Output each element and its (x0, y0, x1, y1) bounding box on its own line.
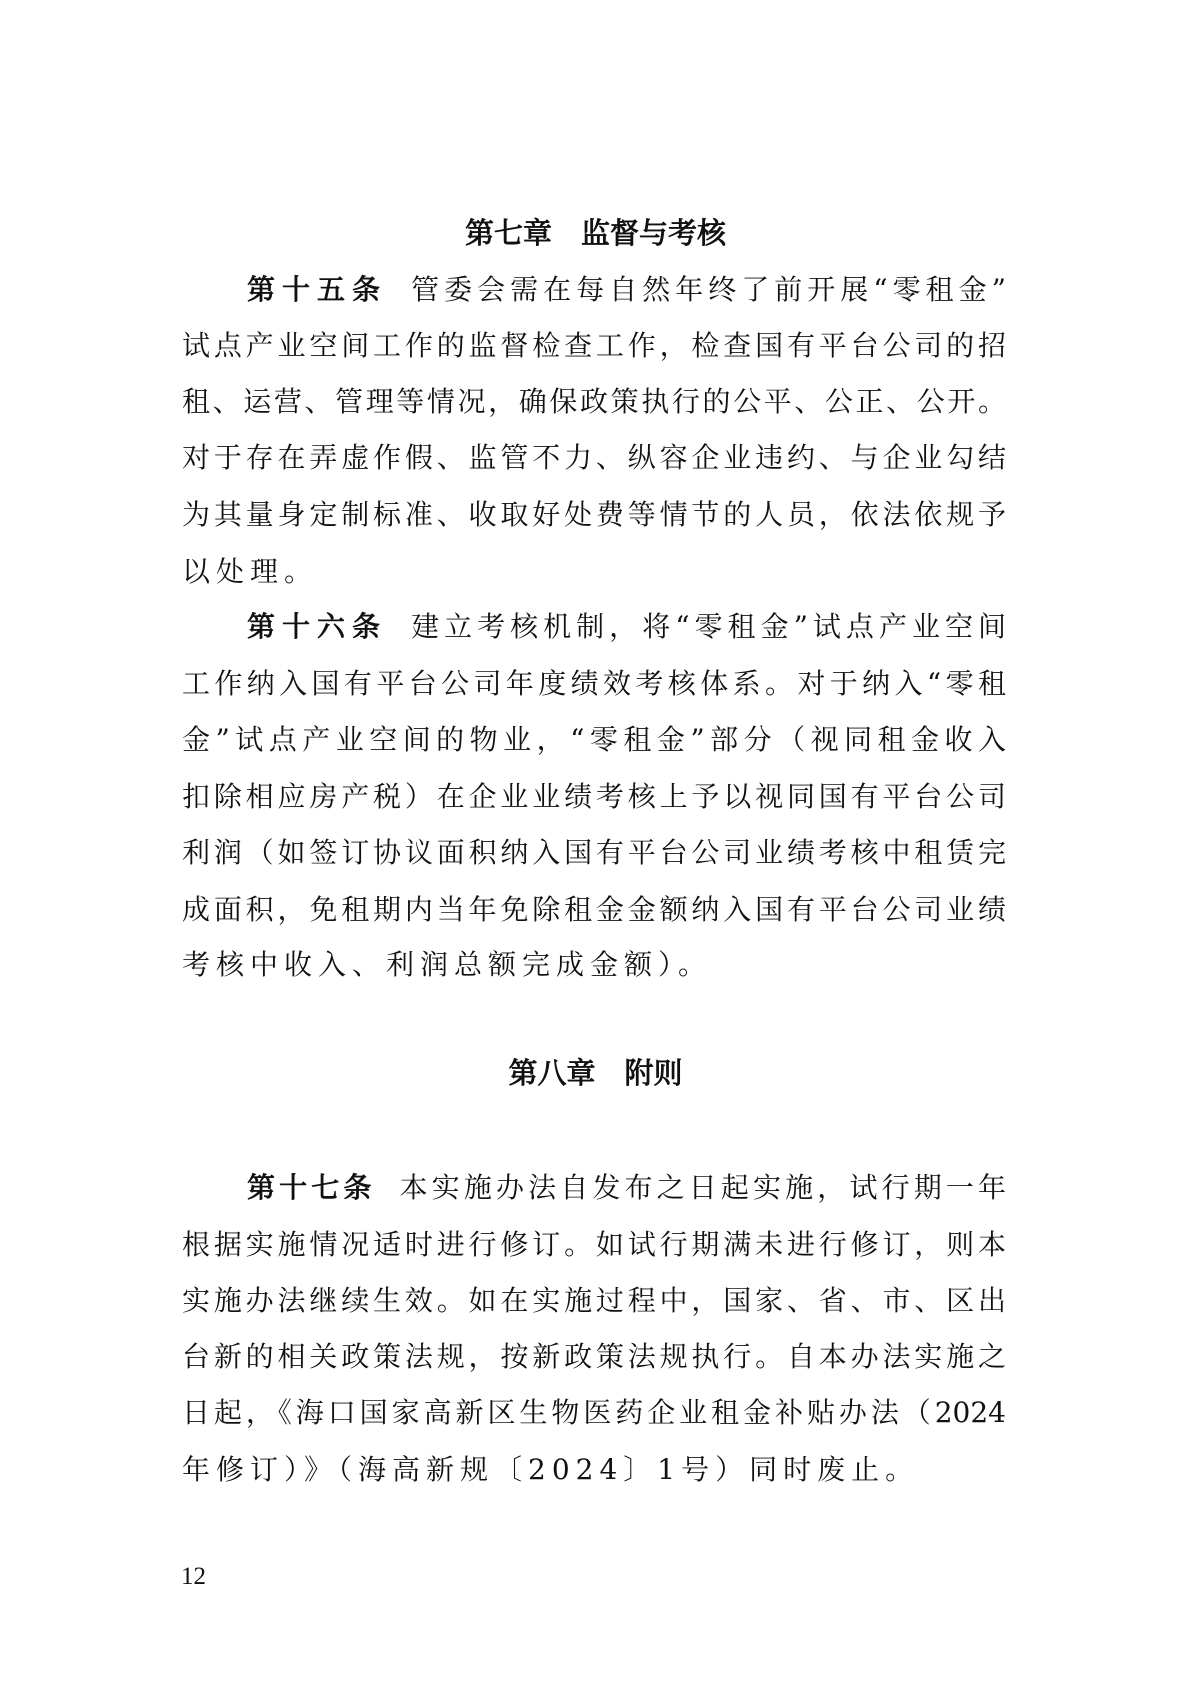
article-16-first-line: 第十六条建立考核机制，将“零租金”试点产业空间 (247, 599, 1006, 655)
paragraph-text: 本实施办法自发布之日起实施，试行期一年 (400, 1171, 1006, 1204)
article-17-first-line: 第十七条本实施办法自发布之日起实施，试行期一年 (247, 1160, 1006, 1216)
article-number: 第十六条 (247, 610, 387, 643)
paragraph-line: 考核中收入、利润总额完成金额）。 (182, 937, 1006, 993)
paragraph-line: 台新的相关政策法规，按新政策法规执行。自本办法实施之 (182, 1329, 1006, 1385)
paragraph-line: 实施办法继续生效。如在实施过程中，国家、省、市、区出 (182, 1273, 1006, 1329)
chapter-title: 第八章 附则 (0, 1053, 1191, 1093)
paragraph-line: 日起，《海口国家高新区生物医药企业租金补贴办法（2024 (182, 1385, 1006, 1441)
paragraph-line: 试点产业空间工作的监督检查工作，检查国有平台公司的招 (182, 318, 1006, 374)
paragraph-line: 租、运营、管理等情况，确保政策执行的公平、公正、公开。 (182, 374, 1006, 430)
paragraph-text: 建立考核机制，将“零租金”试点产业空间 (411, 610, 1006, 643)
paragraph-line: 对于存在弄虚作假、监管不力、纵容企业违约、与企业勾结 (182, 430, 1006, 486)
paragraph-line: 扣除相应房产税）在企业业绩考核上予以视同国有平台公司 (182, 769, 1006, 825)
paragraph-line: 成面积，免租期内当年免除租金金额纳入国有平台公司业绩 (182, 882, 1006, 938)
article-number: 第十七条 (247, 1171, 376, 1204)
page-number: 12 (181, 1562, 206, 1592)
paragraph-line: 金”试点产业空间的物业，“零租金”部分（视同租金收入 (182, 712, 1006, 768)
document-page: 第七章 监督与考核 第十五条管委会需在每自然年终了前开展“零租金” 试点产业空间… (0, 0, 1191, 1684)
paragraph-line: 为其量身定制标准、收取好处费等情节的人员，依法依规予 (182, 487, 1006, 543)
paragraph-line: 利润（如签订协议面积纳入国有平台公司业绩考核中租赁完 (182, 825, 1006, 881)
article-number: 第十五条 (247, 273, 387, 306)
paragraph-line: 工作纳入国有平台公司年度绩效考核体系。对于纳入“零租 (182, 656, 1006, 712)
chapter-title: 第七章 监督与考核 (0, 213, 1191, 253)
article-15-first-line: 第十五条管委会需在每自然年终了前开展“零租金” (247, 262, 1006, 318)
paragraph-text: 管委会需在每自然年终了前开展“零租金” (411, 273, 1006, 306)
paragraph-line: 根据实施情况适时进行修订。如试行期满未进行修订，则本 (182, 1217, 1006, 1273)
paragraph-line: 年修订）》（海高新规〔2024〕1号）同时废止。 (182, 1442, 1006, 1498)
paragraph-line: 以处理。 (182, 544, 1006, 600)
